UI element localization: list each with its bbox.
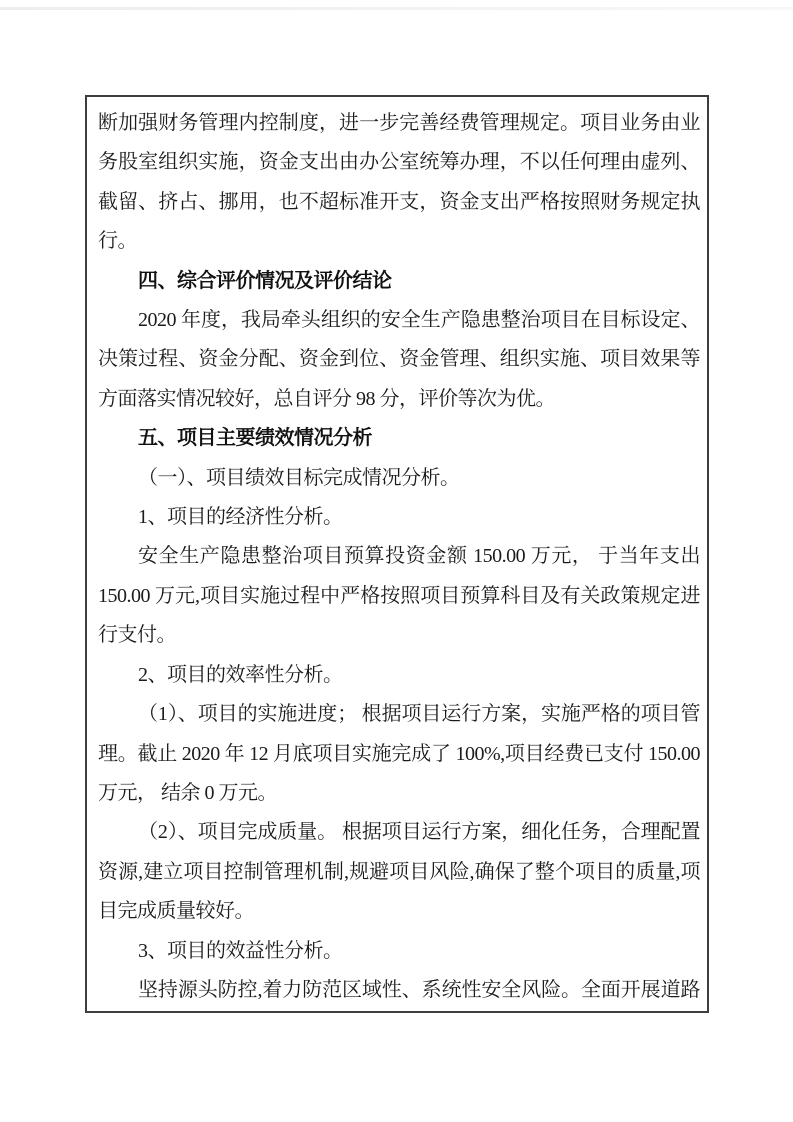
paragraph-continuation: 断加强财务管理内控制度，进一步完善经费管理规定。项目业务由业务股室组织实施，资金… bbox=[98, 104, 700, 262]
paragraph-evaluation-result: 2020 年度，我局牵头组织的安全生产隐患整治项目在目标设定、决策过程、资金分配… bbox=[98, 301, 700, 419]
subsection-heading-1: （一）、项目绩效目标完成情况分析。 bbox=[98, 459, 700, 498]
paragraph-completion-quality: （2）、项目完成质量。 根据项目运行方案，细化任务，合理配置资源,建立项目控制管… bbox=[98, 813, 700, 931]
section-heading-4: 四、综合评价情况及评价结论 bbox=[98, 262, 700, 301]
scan-artifact-line bbox=[0, 7, 793, 10]
document-border-box: 断加强财务管理内控制度，进一步完善经费管理规定。项目业务由业务股室组织实施，资金… bbox=[85, 95, 709, 1013]
paragraph-effectiveness-analysis: 坚持源头防控,着力防范区域性、系统性安全风险。全面开展道路交通顽瘴痼疾整治行动，… bbox=[98, 971, 700, 1013]
document-content: 断加强财务管理内控制度，进一步完善经费管理规定。项目业务由业务股室组织实施，资金… bbox=[87, 97, 707, 1013]
paragraph-economy-analysis: 安全生产隐患整治项目预算投资金额 150.00 万元， 于当年支出 150.00… bbox=[98, 537, 700, 655]
paragraph-implementation-progress: （1）、项目的实施进度； 根据项目运行方案，实施严格的项目管理。截止 2020 … bbox=[98, 695, 700, 813]
page: { "page": { "background": "#ffffff", "bo… bbox=[0, 0, 793, 1122]
item-heading-effectiveness: 3、项目的效益性分析。 bbox=[98, 932, 700, 971]
item-heading-economy: 1、项目的经济性分析。 bbox=[98, 498, 700, 537]
section-heading-5: 五、项目主要绩效情况分析 bbox=[98, 419, 700, 458]
item-heading-efficiency: 2、项目的效率性分析。 bbox=[98, 656, 700, 695]
